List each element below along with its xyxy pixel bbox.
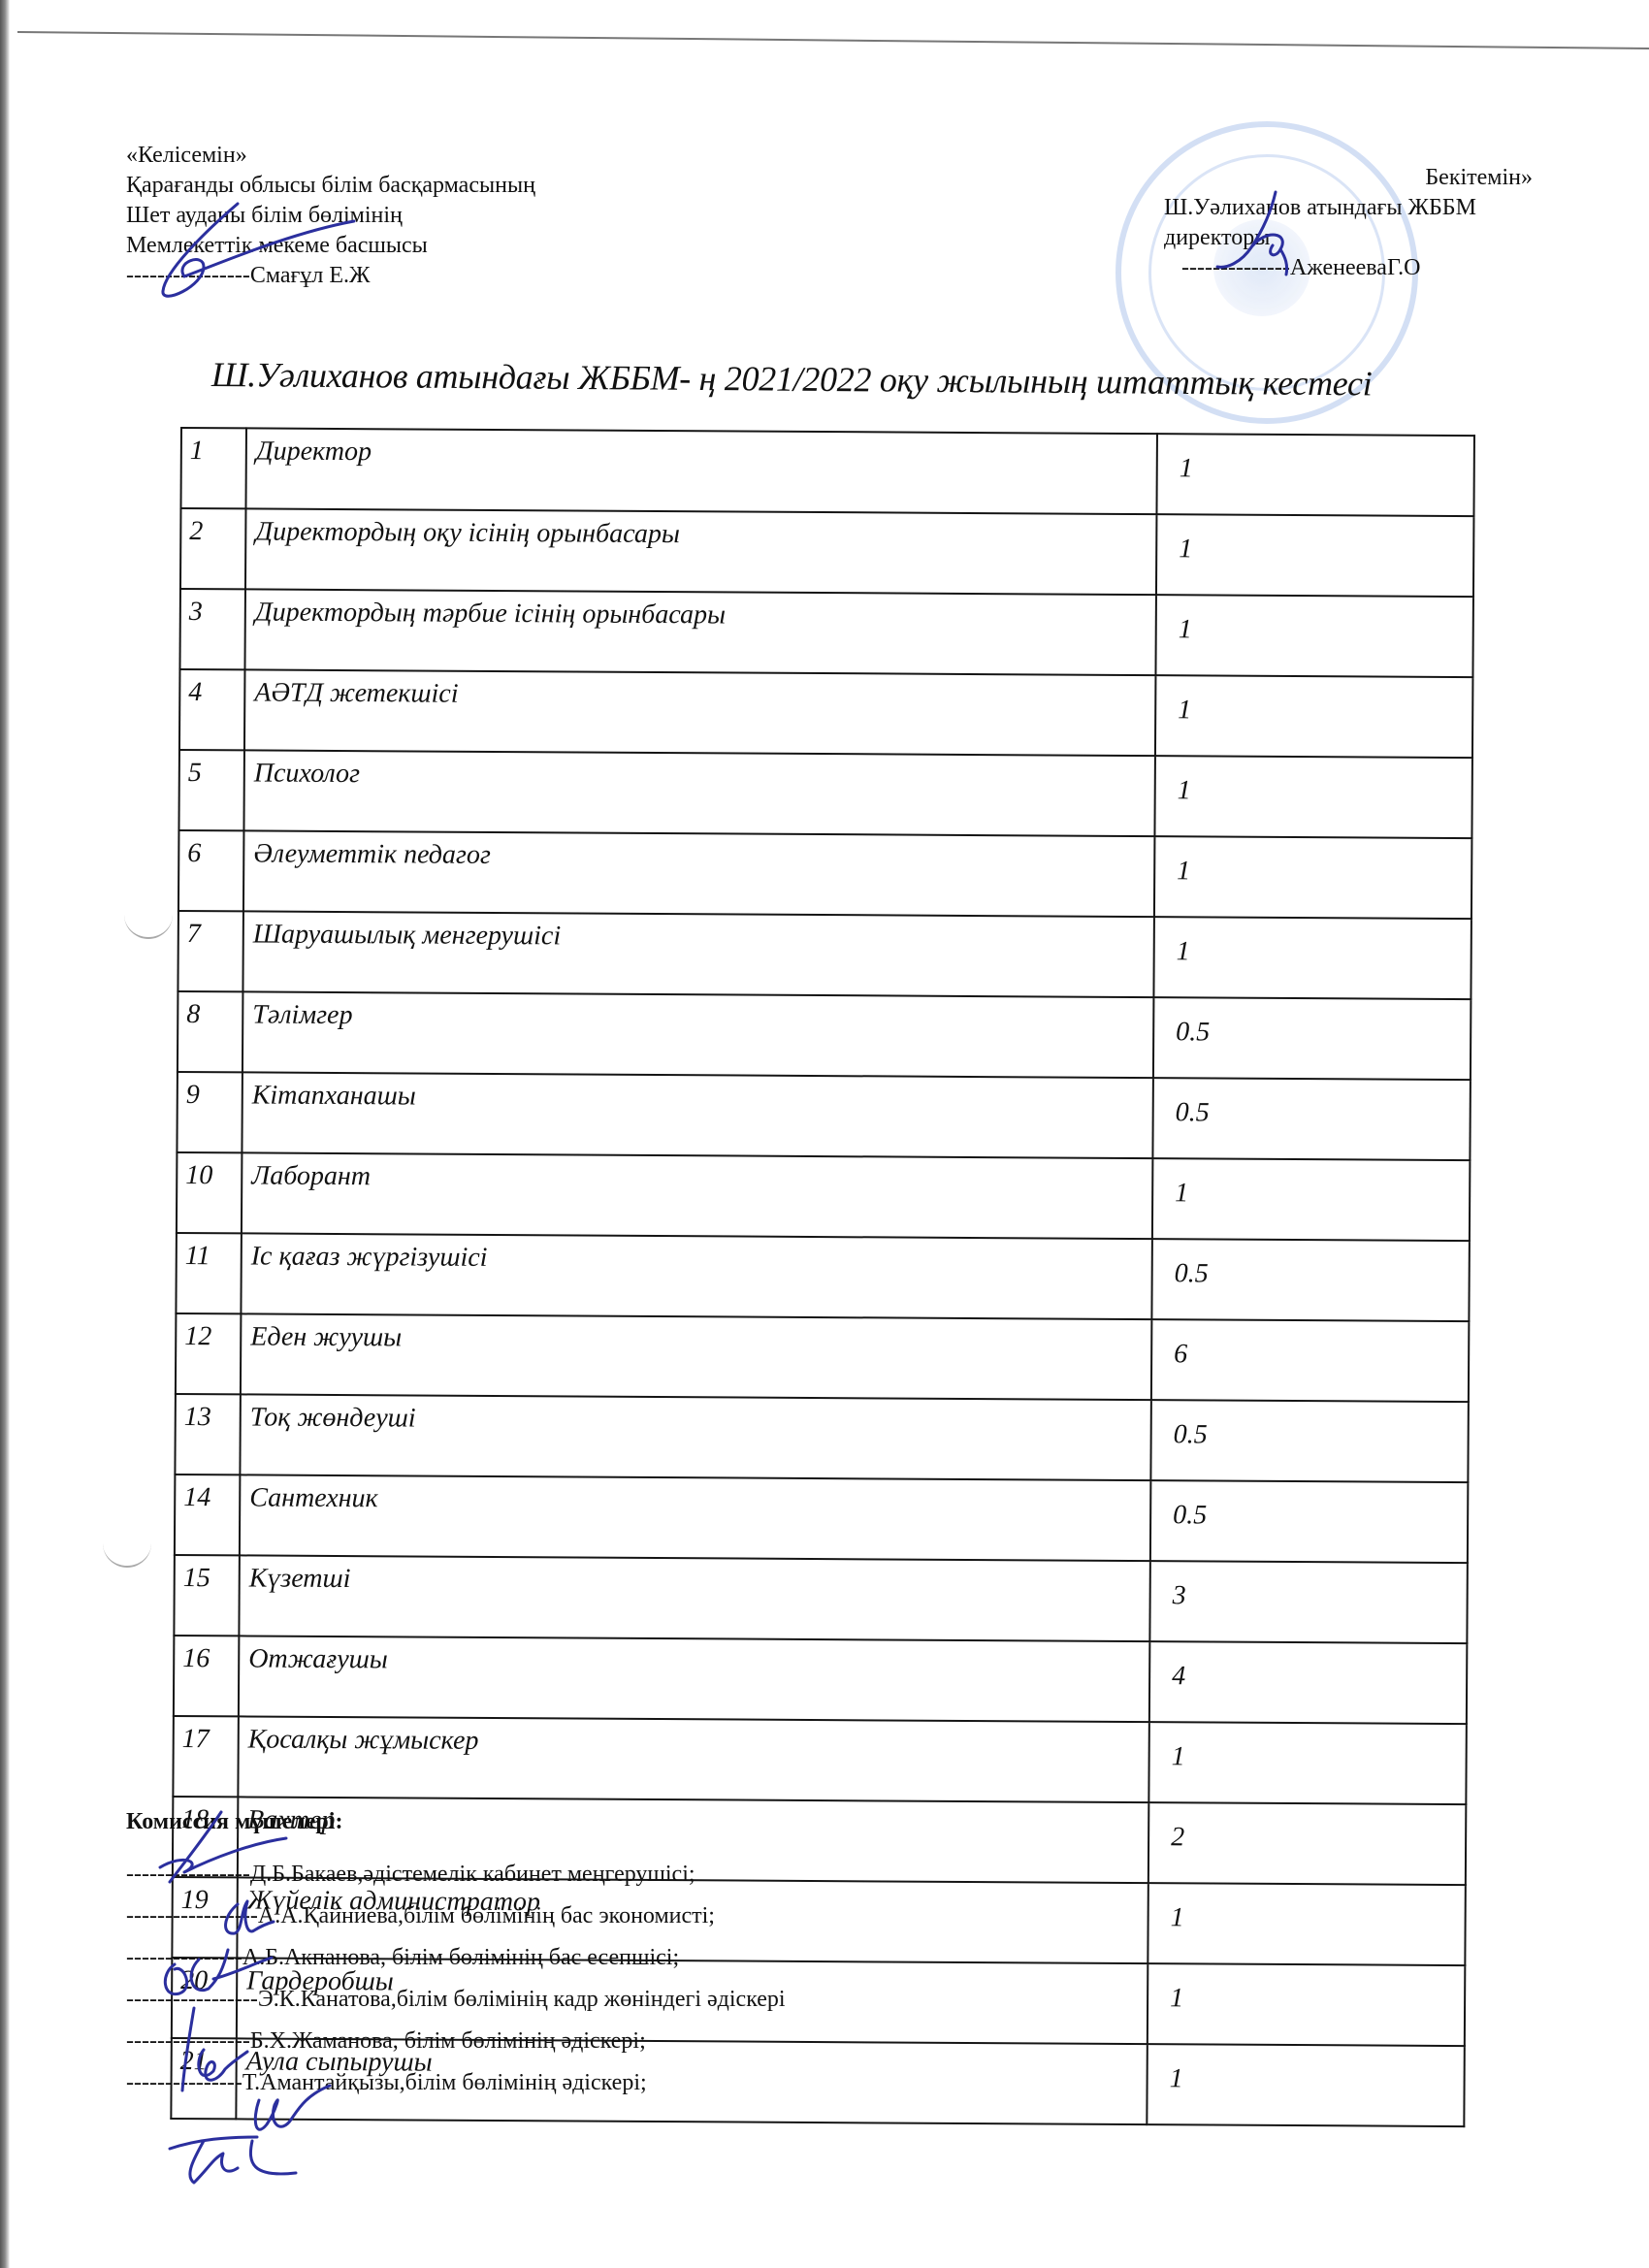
position-name: Директордың тәрбие ісінің орынбасары: [244, 589, 1155, 675]
staff-count: 1: [1155, 595, 1473, 677]
staff-count: 1: [1154, 836, 1472, 919]
staff-count: 0.5: [1150, 1400, 1469, 1482]
position-name: Лаборант: [242, 1152, 1152, 1239]
row-number: 1: [180, 428, 246, 508]
position-name: Сантехник: [240, 1474, 1150, 1561]
table-row: 15Күзетші3: [174, 1555, 1467, 1643]
position-name: Әлеуметтік педагог: [243, 830, 1154, 917]
staff-count: 0.5: [1153, 997, 1471, 1080]
table-row: 9Кітапханашы0.5: [177, 1072, 1470, 1160]
staff-count: 3: [1149, 1561, 1468, 1643]
signature-mark: [145, 1809, 291, 1887]
punch-hole-mark: [103, 1540, 151, 1568]
table-row: 11Іс қағаз жүргізушісі0.5: [176, 1233, 1469, 1321]
staff-count: 1: [1152, 1158, 1471, 1241]
row-number: 4: [179, 669, 245, 750]
staff-count: 1: [1156, 434, 1474, 516]
staff-count: 1: [1154, 756, 1472, 838]
row-number: 2: [180, 508, 246, 589]
position-name: Кітапханашы: [242, 1072, 1152, 1158]
table-row: 10Лаборант1: [177, 1152, 1470, 1241]
table-row: 3Директордың тәрбие ісінің орынбасары1: [179, 589, 1472, 677]
document-title: Ш.Уәлиханов атындағы ЖББМ- ң 2021/2022 о…: [211, 354, 1373, 404]
position-name: Іс қағаз жүргізушісі: [241, 1233, 1151, 1319]
table-row: 8Тәлімгер0.5: [178, 991, 1471, 1080]
row-number: 7: [178, 911, 243, 991]
table-row: 4АӘТД жетекшісі1: [179, 669, 1472, 758]
table-row: 6Әлеуметтік педагог1: [178, 830, 1471, 919]
row-number: 14: [175, 1474, 241, 1555]
signature-mark: [160, 2129, 306, 2197]
staff-count: 2: [1148, 1802, 1467, 1885]
row-number: 9: [177, 1072, 242, 1152]
position-name: Еден жуушы: [241, 1313, 1151, 1400]
position-name: Тәлімгер: [242, 991, 1153, 1078]
table-row: 5Психолог1: [178, 750, 1471, 838]
table-row: 7Шаруашылық менгерушісі1: [178, 911, 1471, 999]
row-number: 6: [178, 830, 244, 911]
scan-edge: [0, 0, 10, 2268]
staff-count: 1: [1153, 917, 1471, 999]
table-row: 13Тоқ жөндеуші0.5: [175, 1394, 1468, 1482]
staff-count: 1: [1147, 2044, 1465, 2126]
punch-hole-mark: [124, 912, 173, 939]
row-number: 16: [174, 1636, 240, 1716]
row-number: 12: [176, 1313, 242, 1394]
staff-count: 1: [1156, 514, 1474, 597]
row-number: 17: [173, 1716, 239, 1797]
signature-mark: [1212, 189, 1329, 276]
table-row: 12Еден жуушы6: [176, 1313, 1469, 1402]
table-row: 16Отжағушы4: [174, 1636, 1467, 1724]
table-row: 14Сантехник0.5: [175, 1474, 1468, 1563]
row-number: 13: [175, 1394, 241, 1474]
row-number: 10: [177, 1152, 242, 1233]
table-row: 1Директор1: [180, 428, 1473, 516]
position-name: Шаруашылық менгерушісі: [242, 911, 1153, 997]
position-name: Психолог: [243, 750, 1154, 836]
staff-count: 0.5: [1151, 1239, 1470, 1321]
row-number: 5: [178, 750, 244, 830]
staff-count: 1: [1148, 1722, 1467, 1804]
scan-artifact-line: [17, 31, 1649, 49]
staff-count: 1: [1148, 1883, 1466, 1965]
position-name: Директордың оқу ісінің орынбасары: [245, 508, 1156, 595]
signature-mark: [145, 194, 369, 306]
position-name: Отжағушы: [239, 1636, 1149, 1722]
row-number: 8: [178, 991, 243, 1072]
staff-count: 0.5: [1150, 1480, 1469, 1563]
position-name: Тоқ жөндеуші: [240, 1394, 1150, 1480]
staff-count: 6: [1151, 1319, 1470, 1402]
approval-label: «Келісемін»: [126, 141, 535, 171]
row-number: 15: [174, 1555, 240, 1636]
signature-mark: [213, 1896, 281, 1945]
staff-count: 1: [1155, 675, 1473, 758]
row-number: 11: [176, 1233, 242, 1313]
position-name: Қосалқы жұмыскер: [238, 1716, 1148, 1802]
row-number: 3: [179, 589, 245, 669]
position-name: Директор: [245, 428, 1156, 514]
staff-count: 0.5: [1152, 1078, 1471, 1160]
staff-count: 4: [1149, 1641, 1468, 1724]
table-row: 2Директордың оқу ісінің орынбасары1: [180, 508, 1473, 597]
staff-count: 1: [1148, 1963, 1466, 2046]
table-row: 17Қосалқы жұмыскер1: [173, 1716, 1466, 1804]
position-name: АӘТД жетекшісі: [244, 669, 1155, 756]
position-name: Күзетші: [239, 1555, 1149, 1641]
